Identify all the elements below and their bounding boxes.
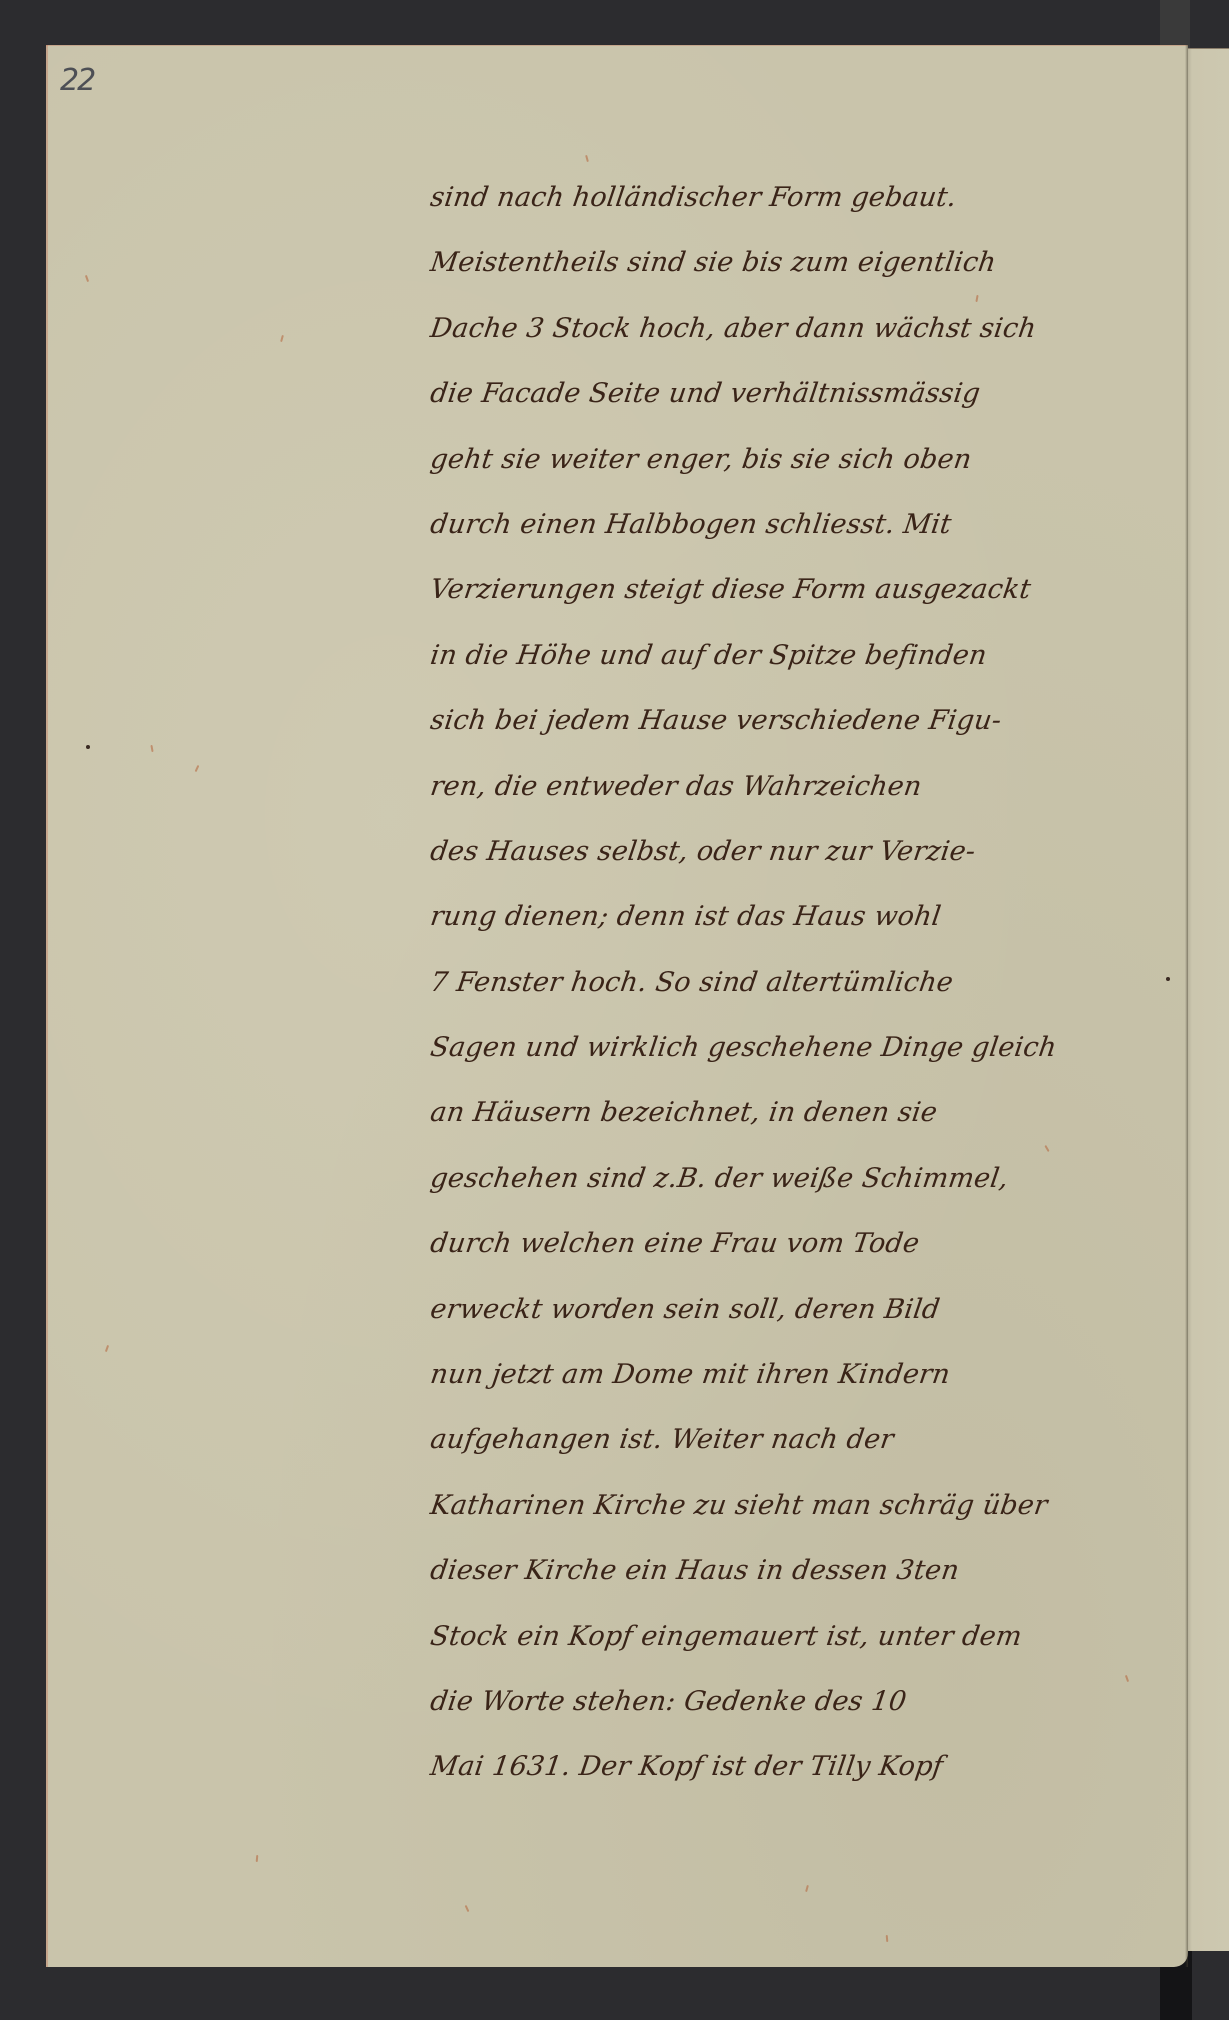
paper-fleck (465, 1905, 470, 1912)
text-line: aufgehangen ist. Weiter nach der (426, 1407, 1175, 1472)
text-line: des Hauses selbst, oder nur zur Verzie- (426, 819, 1175, 884)
margin-mark (86, 745, 90, 749)
text-line: an Häusern bezeichnet, in denen sie (426, 1080, 1175, 1145)
text-line: sich bei jedem Hause verschiedene Figu- (426, 688, 1175, 753)
text-line: erweckt worden sein soll, deren Bild (426, 1277, 1175, 1342)
text-line: durch einen Halbbogen schliesst. Mit (426, 492, 1175, 557)
next-page-edge (1188, 48, 1229, 1951)
text-line: Meistentheils sind sie bis zum eigentlic… (426, 230, 1175, 295)
paper-fleck (256, 1855, 259, 1862)
text-line: nun jetzt am Dome mit ihren Kindern (426, 1342, 1175, 1407)
paper-fleck (150, 745, 153, 752)
page-fold-line (1185, 45, 1188, 1967)
text-line: in die Höhe und auf der Spitze befinden (426, 623, 1175, 688)
text-line: 7 Fenster hoch. So sind altertümliche (426, 950, 1175, 1015)
text-line: Dache 3 Stock hoch, aber dann wächst sic… (426, 296, 1175, 361)
text-line: Stock ein Kopf eingemauert ist, unter de… (426, 1604, 1175, 1669)
paper-fleck (585, 155, 589, 162)
binding-clip (1160, 0, 1190, 48)
paper-fleck (280, 335, 284, 342)
text-line: sind nach holländischer Form gebaut. (426, 165, 1175, 230)
text-line: Verzierungen steigt diese Form ausgezack… (426, 557, 1175, 622)
text-line: rung dienen; denn ist das Haus wohl (426, 884, 1175, 949)
text-line: dieser Kirche ein Haus in dessen 3ten (426, 1538, 1175, 1603)
text-line: die Facade Seite und verhältnissmässig (426, 361, 1175, 426)
text-line: ren, die entweder das Wahrzeichen (426, 754, 1175, 819)
text-line: durch welchen eine Frau vom Tode (426, 1211, 1175, 1276)
page-number: 22 (60, 63, 94, 98)
text-line: Katharinen Kirche zu sieht man schräg üb… (426, 1473, 1175, 1538)
paper-fleck (805, 1885, 809, 1892)
paper-fleck (85, 275, 89, 282)
handwritten-text-block: sind nach holländischer Form gebaut. Mei… (426, 165, 1166, 1800)
text-line: die Worte stehen: Gedenke des 10 (426, 1669, 1175, 1734)
paper-fleck (195, 765, 200, 772)
text-line: Mai 1631. Der Kopf ist der Tilly Kopf (426, 1734, 1175, 1799)
paper-fleck (886, 1935, 889, 1942)
text-line: geht sie weiter enger, bis sie sich oben (426, 427, 1175, 492)
paper-fleck (105, 1345, 109, 1352)
text-line: geschehen sind z.B. der weiße Schimmel, (426, 1146, 1175, 1211)
manuscript-page: 22 sind nach holländischer Form gebaut. … (46, 45, 1188, 1967)
text-line: Sagen und wirklich geschehene Dinge glei… (426, 1015, 1175, 1080)
